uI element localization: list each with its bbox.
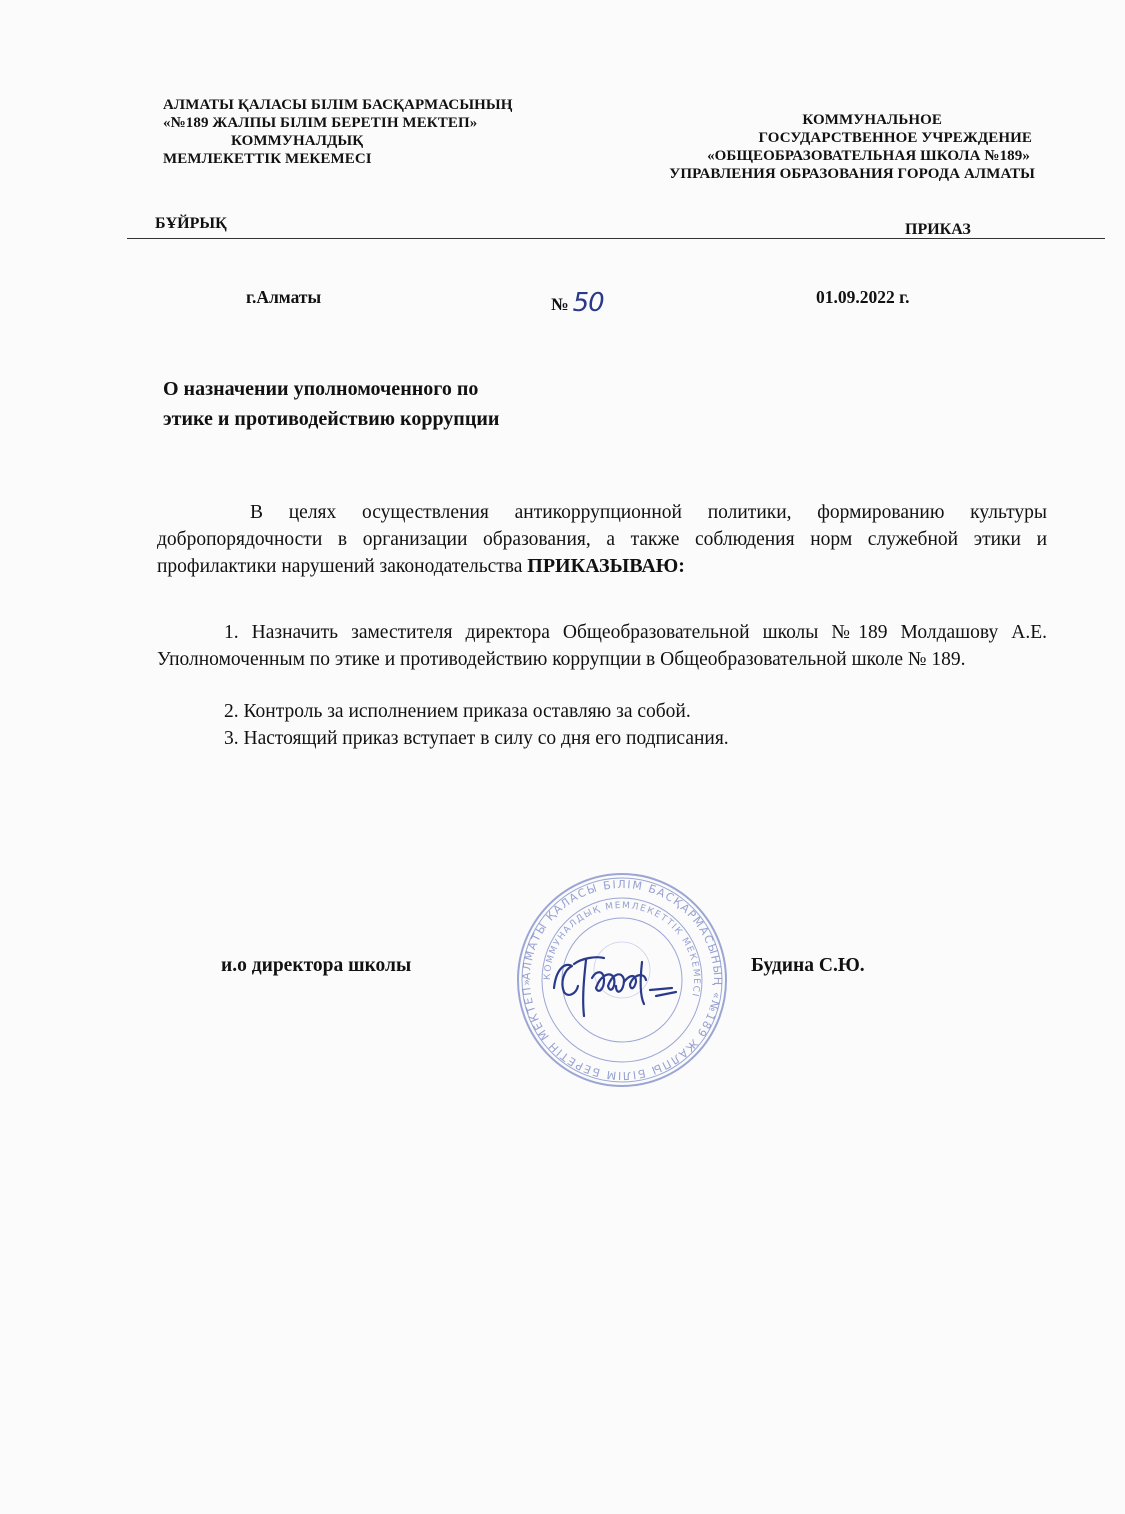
order-item-2: 2. Контроль за исполнением приказа остав… <box>224 699 1054 726</box>
order-title: О назначении уполномоченного по этике и … <box>163 374 499 434</box>
order-item-3: 3. Настоящий приказ вступает в силу со д… <box>224 726 1054 753</box>
order-word: ПРИКАЗЫВАЮ: <box>527 555 685 577</box>
doc-kind-kazakh: БҰЙРЫҚ <box>155 215 227 233</box>
doc-kind-russian: ПРИКАЗ <box>905 221 971 239</box>
header-left-line-2: «№189 ЖАЛПЫ БІЛІМ БЕРЕТІН МЕКТЕП» <box>163 114 623 132</box>
order-item-1: 1. Назначить заместителя директора Общео… <box>157 620 1047 673</box>
preamble-paragraph: В целях осуществления антикоррупционной … <box>157 500 1047 581</box>
header-left-line-3: КОММУНАЛДЫҚ <box>163 132 623 150</box>
order-date: 01.09.2022 г. <box>816 287 909 308</box>
title-line-1: О назначении уполномоченного по <box>163 374 499 404</box>
header-right-line-3: «ОБЩЕОБРАЗОВАТЕЛЬНАЯ ШКОЛА №189» <box>565 147 1055 165</box>
number-handwritten: 50 <box>573 288 604 318</box>
header-divider <box>127 238 1105 239</box>
header-left-line-1: АЛМАТЫ ҚАЛАСЫ БІЛІМ БАСҚАРМАСЫНЫҢ <box>163 96 623 114</box>
number-label: № <box>551 294 569 314</box>
seal-inner-text: КОММУНАЛДЫҚ МЕМЛЕКЕТТІК МЕКЕМЕСІ <box>543 901 701 999</box>
city: г.Алматы <box>246 287 321 308</box>
signatory-name: Будина С.Ю. <box>751 955 865 977</box>
title-line-2: этике и противодействию коррупции <box>163 404 499 434</box>
handwritten-signature <box>554 957 676 1016</box>
header-left-line-4: МЕМЛЕКЕТТІК МЕКЕМЕСІ <box>163 150 623 168</box>
header-russian-org: КОММУНАЛЬНОЕ ГОСУДАРСТВЕННОЕ УЧРЕЖДЕНИЕ … <box>565 111 1055 183</box>
svg-text:КОММУНАЛДЫҚ МЕМЛЕКЕТТІК МЕКЕМЕ: КОММУНАЛДЫҚ МЕМЛЕКЕТТІК МЕКЕМЕСІ <box>543 901 701 999</box>
header-kazakh-org: АЛМАТЫ ҚАЛАСЫ БІЛІМ БАСҚАРМАСЫНЫҢ «№189 … <box>163 96 623 168</box>
header-right-line-4: УПРАВЛЕНИЯ ОБРАЗОВАНИЯ ГОРОДА АЛМАТЫ <box>565 165 1055 183</box>
seal-icon: АЛМАТЫ ҚАЛАСЫ БІЛІМ БАСҚАРМАСЫНЫҢ «№189 … <box>512 870 732 1090</box>
signatory-role: и.о директора школы <box>221 955 411 977</box>
header-right-line-2: ГОСУДАРСТВЕННОЕ УЧРЕЖДЕНИЕ <box>565 129 1055 147</box>
official-seal-stamp: АЛМАТЫ ҚАЛАСЫ БІЛІМ БАСҚАРМАСЫНЫҢ «№189 … <box>512 870 732 1090</box>
order-number: №50 <box>551 287 604 317</box>
header-right-line-1: КОММУНАЛЬНОЕ <box>565 111 1055 129</box>
